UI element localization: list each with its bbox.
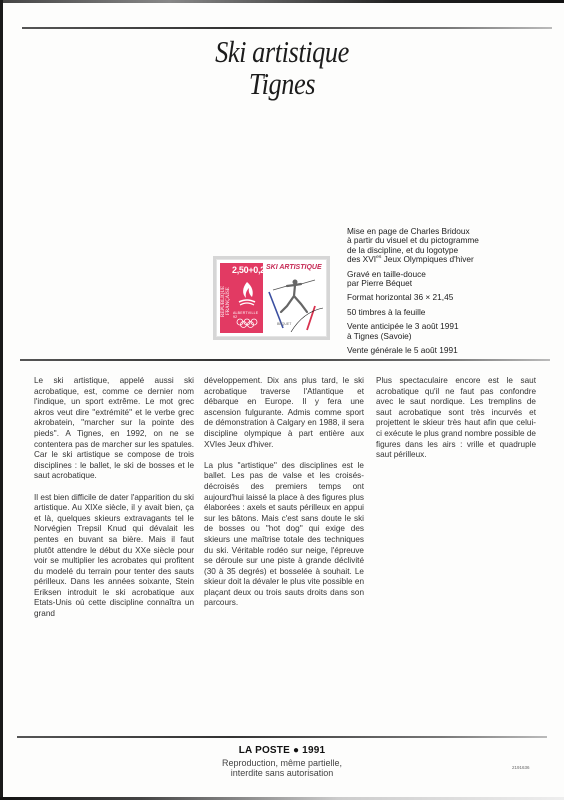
stamp-info: Mise en page de Charles Bridoux à partir… xyxy=(347,227,522,360)
footer-rule xyxy=(17,736,547,738)
stamp-artist: BÉQUET xyxy=(277,322,291,326)
paragraph: La plus ''artistique'' des disciplines e… xyxy=(204,461,364,609)
info-sheet: 50 timbres à la feuille xyxy=(347,308,522,317)
text-column-1: Le ski artistique, appelé aussi ski acro… xyxy=(34,376,194,630)
stamp-image: RÉPUBLIQUE FRANÇAISE 2,50+0,20 ALBERTVIL… xyxy=(213,256,330,340)
stamp-face-value: 2,50+0,20 xyxy=(232,265,270,275)
title-line-2: Tignes xyxy=(42,68,521,100)
scan-edge-left xyxy=(0,0,3,800)
info-format: Format horizontal 36 × 21,45 xyxy=(347,293,522,302)
document-number: 2191636 xyxy=(512,765,530,770)
middle-rule xyxy=(20,359,550,361)
ski-acrobat-illustration-icon xyxy=(265,272,325,332)
text-column-2: développement. Dix ans plus tard, le ski… xyxy=(204,376,364,620)
albertville-flame-icon xyxy=(236,280,258,310)
paragraph: développement. Dix ans plus tard, le ski… xyxy=(204,376,364,450)
scan-edge-top xyxy=(0,0,564,3)
info-design: Mise en page de Charles Bridoux à partir… xyxy=(347,227,522,265)
stamp-red-panel: RÉPUBLIQUE FRANÇAISE 2,50+0,20 ALBERTVIL… xyxy=(220,263,263,333)
footer-brand: LA POSTE ● 1991 xyxy=(0,745,564,756)
top-rule xyxy=(22,27,552,29)
stamp: RÉPUBLIQUE FRANÇAISE 2,50+0,20 ALBERTVIL… xyxy=(217,260,326,336)
info-general-sale: Vente générale le 5 août 1991 xyxy=(347,346,522,355)
paragraph: Il est bien difficile de dater l'apparit… xyxy=(34,493,194,620)
info-engraving: Gravé en taille-douce par Pierre Béquet xyxy=(347,270,522,289)
title-line-1: Ski artistique xyxy=(42,36,521,68)
olympic-rings-icon xyxy=(235,318,259,328)
info-presale: Vente anticipée le 3 août 1991 à Tignes … xyxy=(347,322,522,341)
text-column-3: Plus spectaculaire encore est le saut ac… xyxy=(376,376,536,471)
page-title: Ski artistique Tignes xyxy=(0,36,564,100)
footer-copyright-note: Reproduction, même partielle, interdite … xyxy=(0,758,564,778)
paragraph: Le ski artistique, appelé aussi ski acro… xyxy=(34,376,194,482)
paragraph: Plus spectaculaire encore est le saut ac… xyxy=(376,376,536,461)
stamp-country: RÉPUBLIQUE FRANÇAISE xyxy=(221,271,230,331)
stamp-sport: SKI ARTISTIQUE xyxy=(266,264,322,271)
